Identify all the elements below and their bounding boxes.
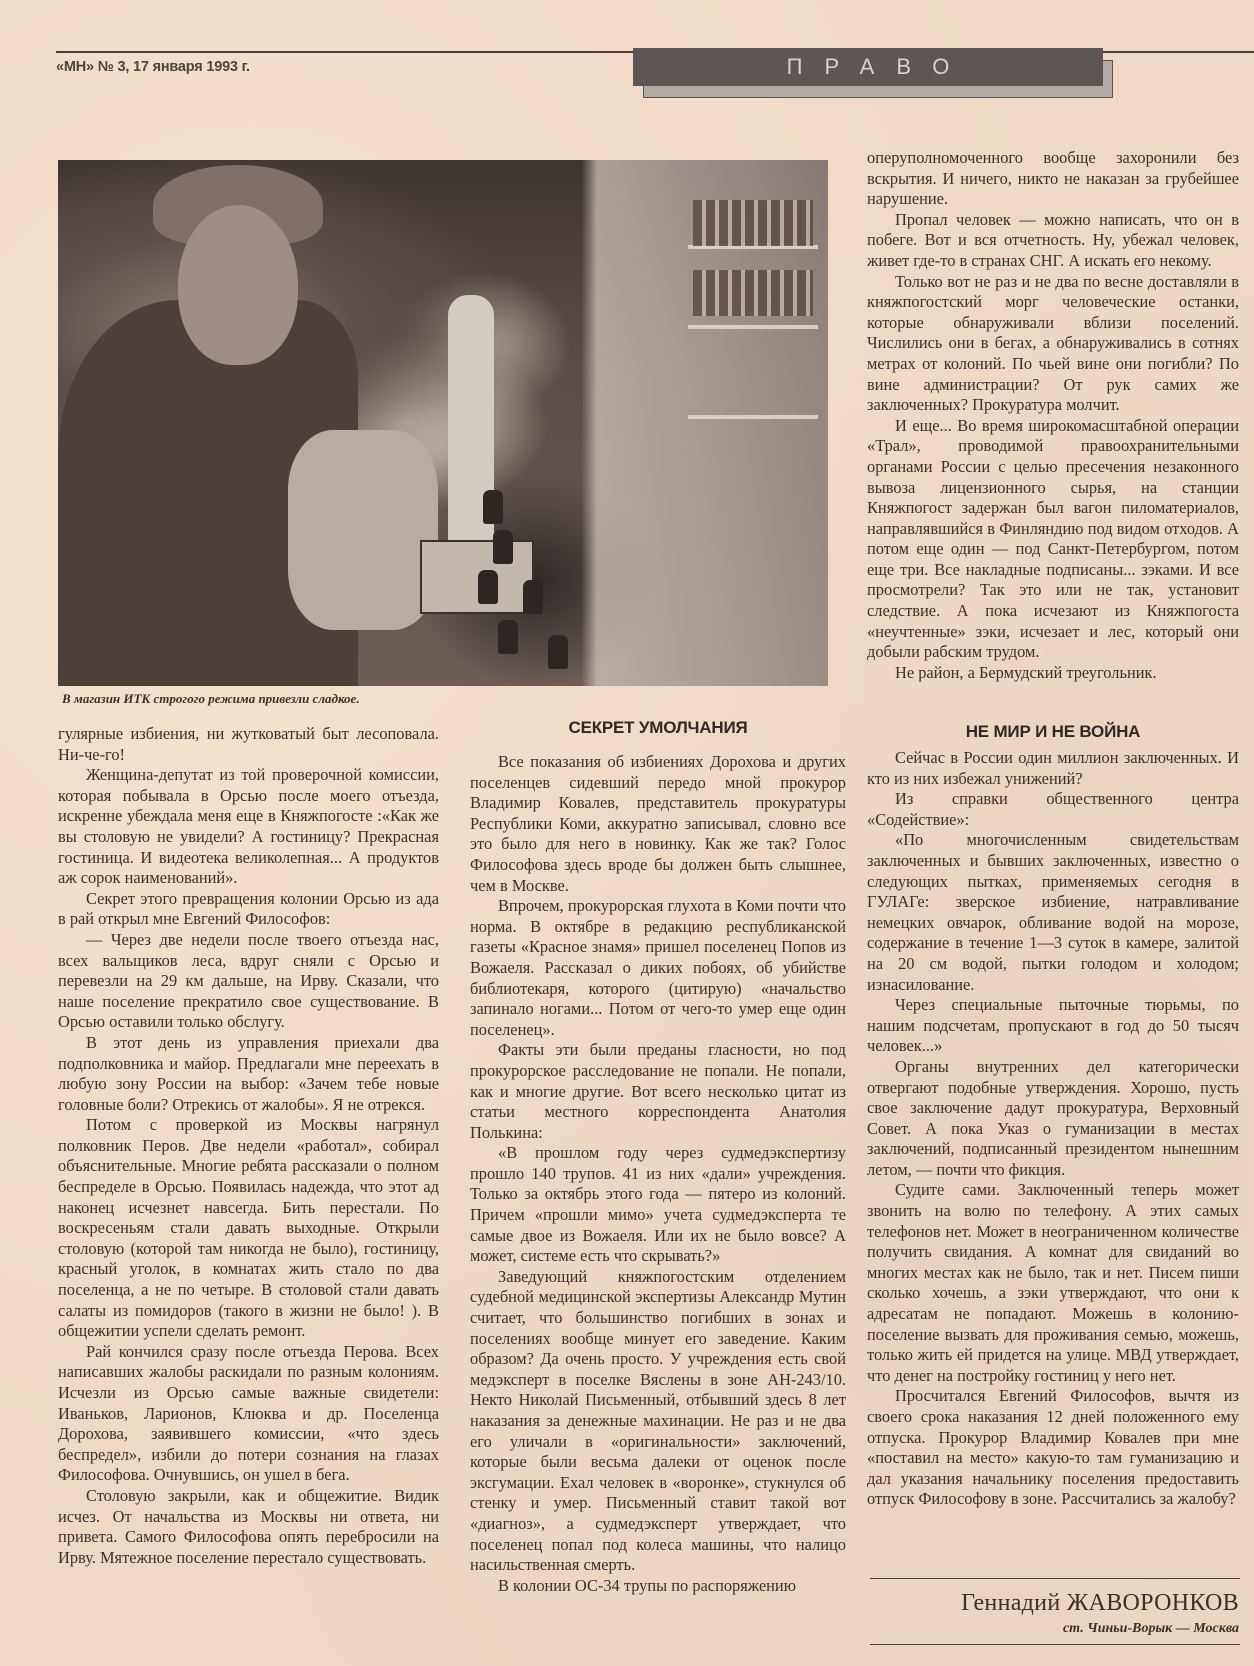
paragraph: Заведующий княжпогостским отделением суд…: [470, 1267, 846, 1576]
paragraph: Сейчас в России один миллион заключенных…: [867, 748, 1239, 789]
paragraph: Секрет этого превращения колонии Орсью и…: [58, 889, 439, 930]
section-label: ПРАВО: [765, 54, 972, 80]
photo-weight: [493, 530, 513, 564]
author-name: Геннадий ЖАВОРОНКОВ: [867, 1590, 1239, 1617]
paragraph: Потом с проверкой из Москвы нагрянул пол…: [58, 1115, 439, 1342]
photo-weight: [523, 580, 543, 614]
photo-face-shape: [178, 205, 298, 365]
paragraph: «По многочисленным свидетельствам заключ…: [867, 830, 1239, 995]
section-banner-main: ПРАВО: [633, 48, 1103, 86]
subheading-secret: СЕКРЕТ УМОЛЧАНИЯ: [470, 718, 846, 738]
author-location: ст. Чиньи-Ворык — Москва: [867, 1621, 1239, 1637]
paragraph: Столовую закрыли, как и общежитие. Видик…: [58, 1486, 439, 1568]
paragraph: Женщина-депутат из той проверочной комис…: [58, 765, 439, 889]
section-banner: ПРАВО: [633, 48, 1103, 85]
subheading-ne-mir: НЕ МИР И НЕ ВОЙНА: [867, 722, 1239, 742]
photo-jars: [693, 200, 813, 246]
photo-shelf: [688, 325, 818, 329]
paragraph: гулярные избиения, ни жутковатый быт лес…: [58, 724, 439, 765]
photo-weight: [478, 570, 498, 604]
photo-caption: В магазин ИТК строгого режима привезли с…: [62, 691, 360, 707]
paragraph: Судите сами. Заключенный теперь может зв…: [867, 1180, 1239, 1386]
photo-bag-shape: [288, 430, 438, 630]
paragraph: Рай кончился сразу после отъезда Перова.…: [58, 1342, 439, 1486]
issue-line: «МН» № 3, 17 января 1993 г.: [56, 59, 250, 75]
right-column-top: оперуполномоченного вообще захоронили бе…: [867, 148, 1239, 683]
photo-jars: [693, 270, 813, 316]
photo-scale-base-shape: [420, 540, 534, 614]
paragraph: Все показания об избиениях Дорохова и др…: [470, 752, 846, 896]
paragraph: Факты эти были преданы гласности, но под…: [470, 1040, 846, 1143]
paragraph: Просчитался Евгений Философов, вычтя из …: [867, 1386, 1239, 1510]
photo-weight: [498, 620, 518, 654]
middle-column: Все показания об избиениях Дорохова и др…: [470, 752, 846, 1596]
paragraph: оперуполномоченного вообще захоронили бе…: [867, 148, 1239, 210]
right-column-bottom: Сейчас в России один миллион заключенных…: [867, 748, 1239, 1510]
photo-shelf: [688, 415, 818, 419]
paragraph: «В прошлом году через судмедэкспертизу п…: [470, 1143, 846, 1267]
byline-rule-bottom: [870, 1644, 1240, 1645]
paragraph: Органы внутренних дел категорически отве…: [867, 1057, 1239, 1181]
paragraph: Не район, а Бермудский треугольник.: [867, 663, 1239, 684]
paragraph: В этот день из управления приехали два п…: [58, 1033, 439, 1115]
paragraph: Только вот не раз и не два по весне дост…: [867, 272, 1239, 416]
paragraph: Из справки общественного центра «Содейст…: [867, 789, 1239, 830]
photo-weight: [548, 635, 568, 669]
paragraph: И еще... Во время широкомасштабной опера…: [867, 416, 1239, 663]
paragraph: Через специальные пыточные тюрьмы, по на…: [867, 995, 1239, 1057]
byline-rule-top: [870, 1578, 1240, 1579]
paragraph: — Через две недели после твоего отъезда …: [58, 930, 439, 1033]
paragraph: В колонии ОС-34 трупы по распоряжению: [470, 1576, 846, 1597]
photo-weight: [483, 490, 503, 524]
left-column: гулярные избиения, ни жутковатый быт лес…: [58, 724, 439, 1568]
paragraph: Пропал человек — можно написать, что он …: [867, 210, 1239, 272]
paragraph: Впрочем, прокурорская глухота в Коми поч…: [470, 896, 846, 1040]
article-photo: [58, 160, 828, 686]
